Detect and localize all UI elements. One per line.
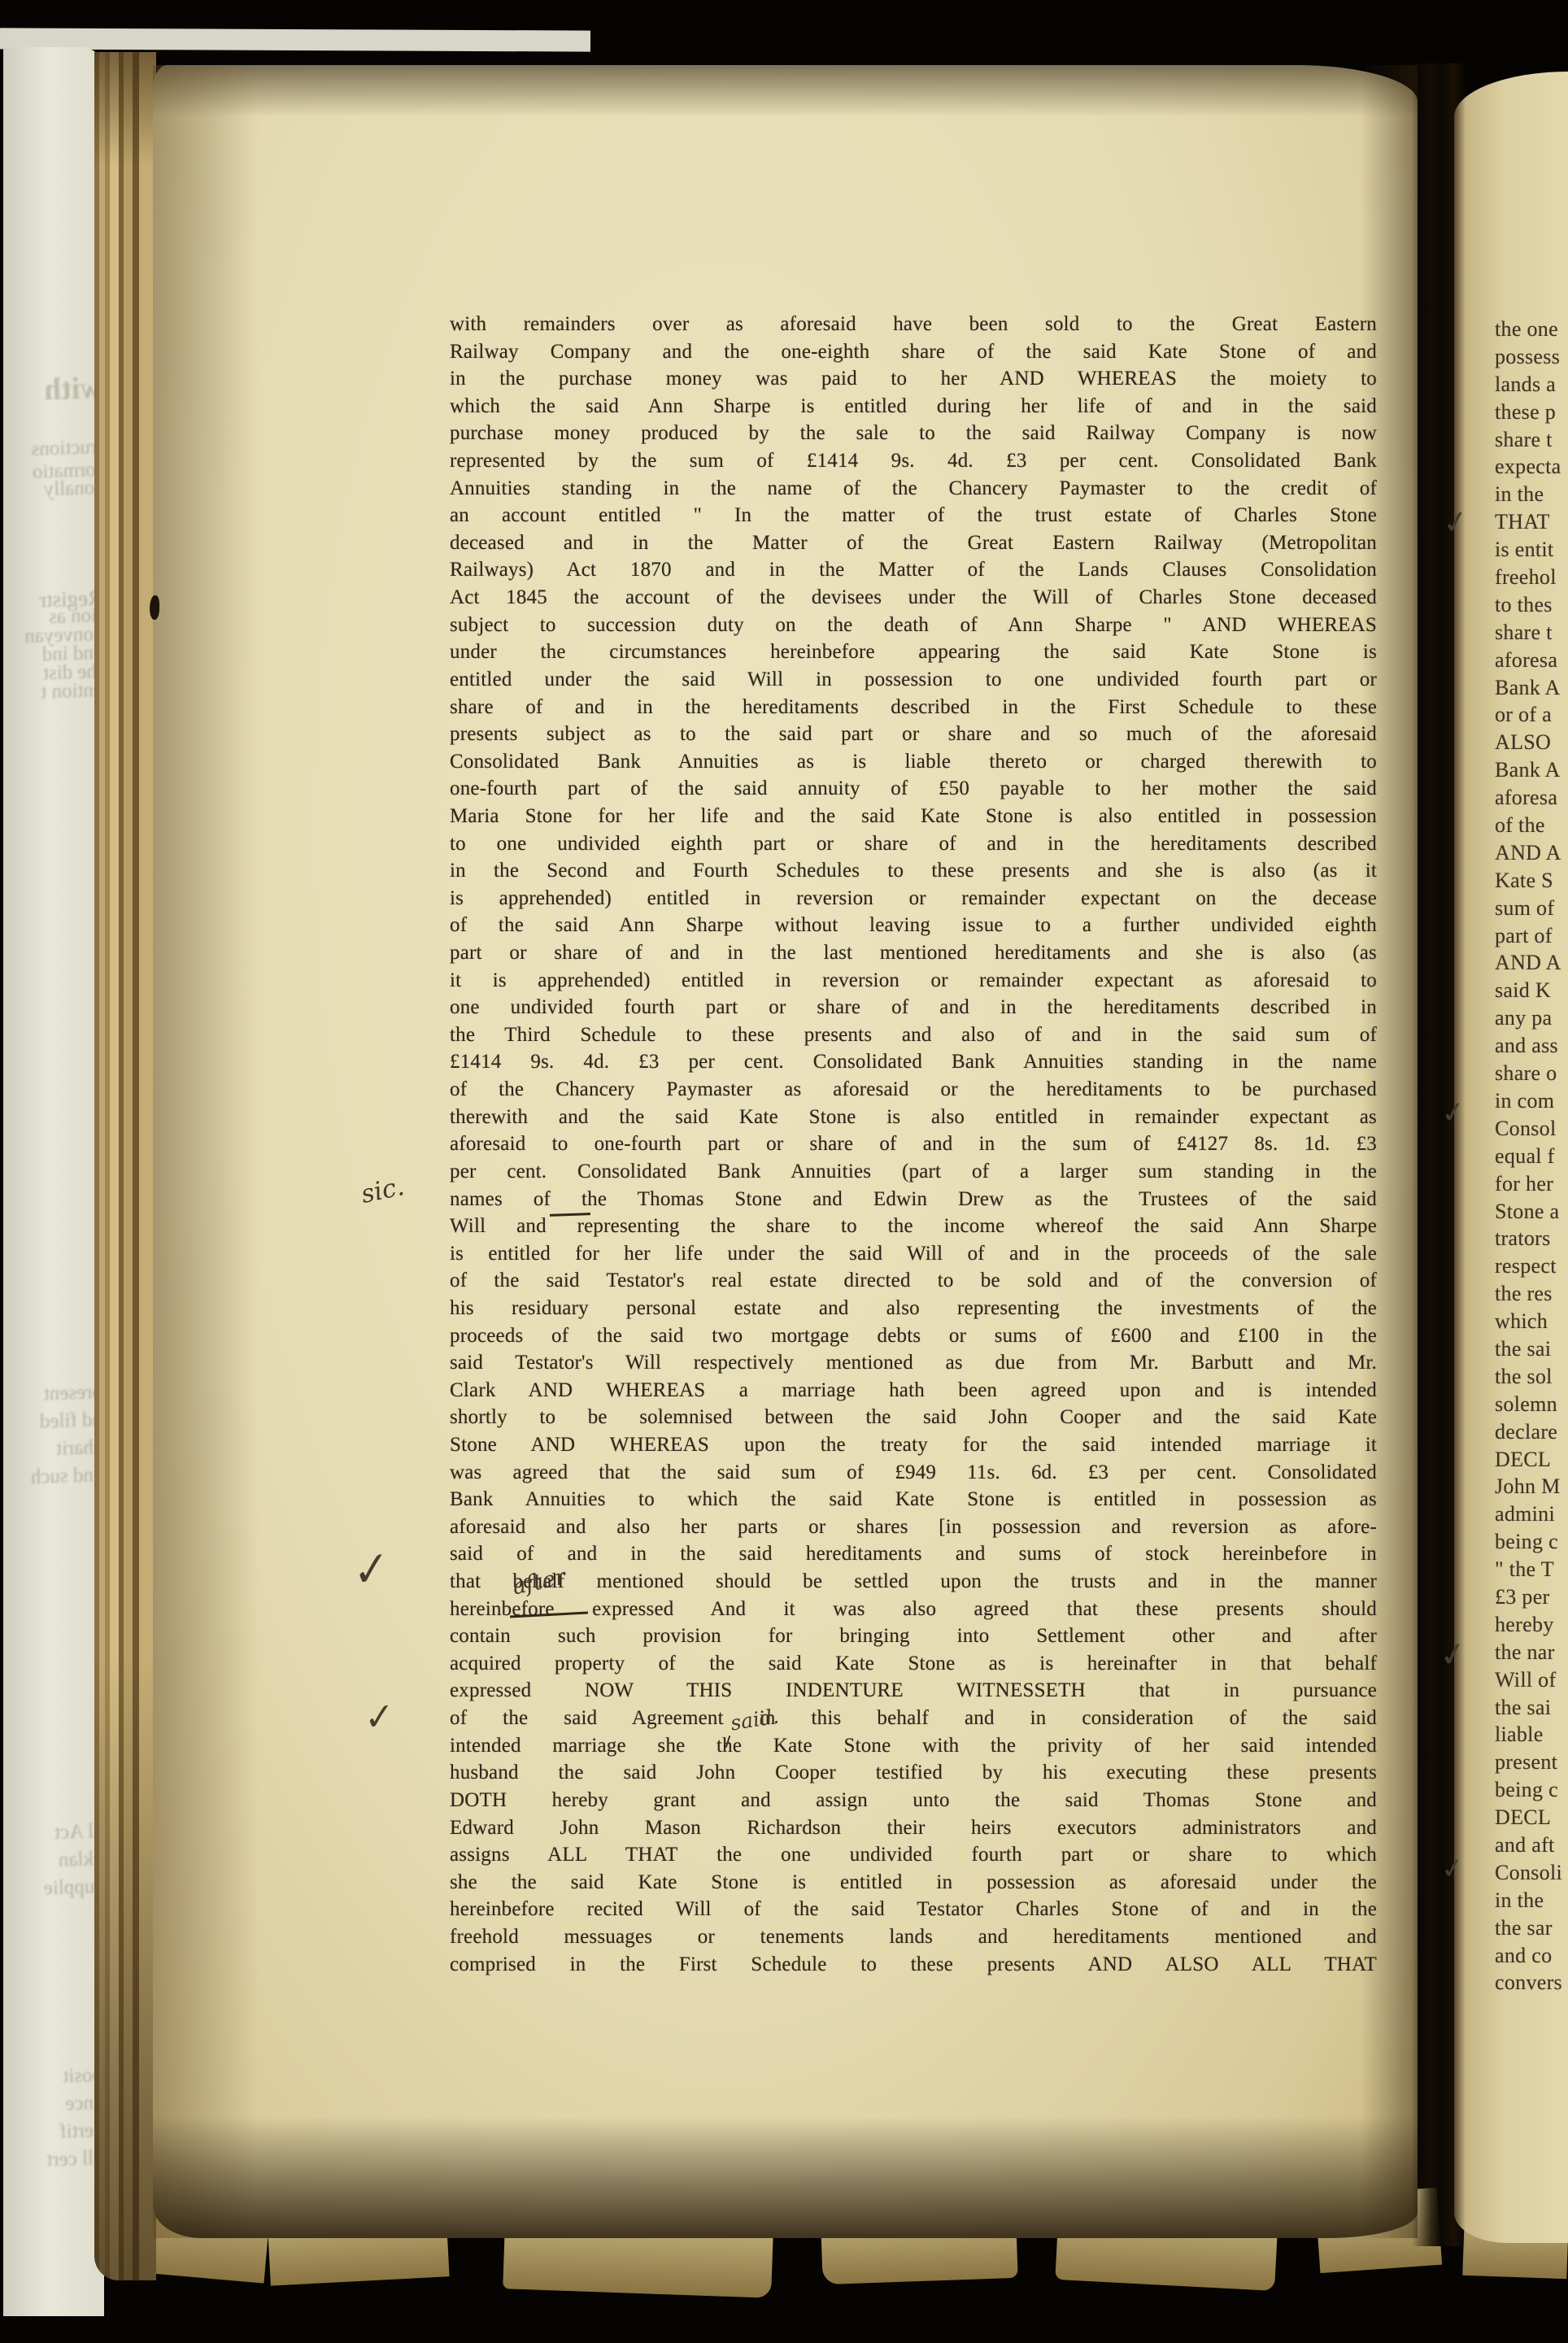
text-line: hereinbefore expressed And it was also a…	[450, 1596, 1377, 1623]
ghost-text-fragment: present	[5, 1381, 103, 1407]
ghost-text-fragment: charit	[5, 1436, 103, 1462]
text-line: it is apprehended) entitled in reversion…	[450, 967, 1377, 995]
ghost-text-fragment: all cert	[5, 2147, 103, 2173]
text-line: of the Chancery Paymaster as aforesaid o…	[450, 1076, 1377, 1104]
text-line: comprised in the First Schedule to these…	[450, 1951, 1377, 1979]
left-page-text: with remainders over as aforesaid have b…	[450, 311, 1377, 1978]
text-line: aforesa	[1495, 784, 1568, 812]
ghost-text-fragment: al Act	[5, 1820, 103, 1846]
text-line: in the	[1495, 1887, 1568, 1914]
text-line: share o	[1495, 1060, 1568, 1087]
text-line: Bank A	[1495, 674, 1568, 702]
text-line: share t	[1495, 426, 1568, 454]
text-line: therewith and the said Kate Stone is als…	[450, 1104, 1377, 1131]
text-line: that behalf mentioned should be settled …	[450, 1568, 1377, 1596]
text-line: Kate S	[1495, 867, 1568, 895]
text-line: any pa	[1495, 1004, 1568, 1032]
ghost-text-fragment: certif	[5, 2119, 103, 2145]
ghost-text-fragment: and such	[5, 1464, 103, 1490]
text-line: liable	[1495, 1721, 1568, 1749]
text-line: expecta	[1495, 453, 1568, 481]
text-line: or of a	[1495, 701, 1568, 729]
text-line: purchase money produced by the sale to t…	[450, 420, 1377, 447]
text-line: part of	[1495, 922, 1568, 950]
right-page-text: the onepossesslands athese pshare texpec…	[1495, 316, 1568, 1997]
text-line: an account entitled " In the matter of t…	[450, 502, 1377, 529]
left-page: with remainders over as aforesaid have b…	[153, 65, 1418, 2238]
text-line: of the said Ann Sharpe without leaving i…	[450, 912, 1377, 939]
text-line: presents subject as to the said part or …	[450, 721, 1377, 748]
text-line: of the said Agreement in this behalf and…	[450, 1705, 1377, 1732]
text-line: with remainders over as aforesaid have b…	[450, 311, 1377, 338]
text-line: share t	[1495, 619, 1568, 647]
text-line: Annuities standing in the name of the Ch…	[450, 475, 1377, 503]
previous-page-edge: withtructionsformatiosonallyRegistrtion …	[3, 47, 104, 2316]
text-line: one undivided fourth part or share of an…	[450, 994, 1377, 1021]
text-line: £3 per	[1495, 1583, 1568, 1611]
text-line: freehold messuages or tenements lands an…	[450, 1923, 1377, 1951]
text-line: aforesa	[1495, 647, 1568, 674]
text-line: the nar	[1495, 1639, 1568, 1666]
text-line: admini	[1495, 1500, 1568, 1528]
text-line: Stone a	[1495, 1198, 1568, 1226]
text-line: AND A	[1495, 949, 1568, 977]
text-line: " the T	[1495, 1556, 1568, 1583]
text-line: one-fourth part of the said annuity of £…	[450, 775, 1377, 803]
right-page: the onepossesslands athese pshare texpec…	[1454, 72, 1568, 2243]
ghost-text-fragment: supplie	[5, 1875, 103, 1901]
text-line: subject to succession duty on the death …	[450, 612, 1377, 639]
text-line: Consoli	[1495, 1859, 1568, 1887]
text-line: Consol	[1495, 1115, 1568, 1143]
text-line: for her	[1495, 1170, 1568, 1198]
text-line: freehol	[1495, 564, 1568, 591]
text-line: his residuary personal estate and also r…	[450, 1295, 1377, 1322]
text-line: which	[1495, 1308, 1568, 1335]
text-line: present	[1495, 1749, 1568, 1776]
text-line: names of the Thomas Stone and Edwin Drew…	[450, 1186, 1377, 1213]
text-line: being c	[1495, 1776, 1568, 1804]
text-line: she the said Kate Stone is entitled in p…	[450, 1869, 1377, 1897]
ghost-text-fragment: with	[4, 370, 102, 409]
text-line: DOTH hereby grant and assign unto the sa…	[450, 1787, 1377, 1814]
text-line: expressed NOW THIS INDENTURE WITNESSETH …	[450, 1677, 1377, 1705]
text-line: is entit	[1495, 536, 1568, 564]
text-line: convers	[1495, 1969, 1568, 1997]
text-line: was agreed that the said sum of £949 11s…	[450, 1459, 1377, 1487]
text-line: Act 1845 the account of the devisees und…	[450, 584, 1377, 612]
text-line: Will of	[1495, 1666, 1568, 1694]
text-line: intended marriage she the Kate Stone wit…	[450, 1732, 1377, 1760]
burnt-top-edge	[153, 65, 1418, 117]
text-line: to thes	[1495, 591, 1568, 619]
text-line: DECL	[1495, 1446, 1568, 1474]
text-line: of the	[1495, 812, 1568, 839]
ghost-text-fragment: sonally	[5, 477, 103, 503]
text-line: and co	[1495, 1942, 1568, 1970]
text-line: and ass	[1495, 1032, 1568, 1060]
text-line: entitled under the said Will in possessi…	[450, 666, 1377, 694]
text-line: lands a	[1495, 371, 1568, 398]
text-line: said of and in the said hereditaments an…	[450, 1540, 1377, 1568]
ghost-text-fragment: ention t	[5, 679, 103, 705]
text-line: Railway Company and the one-eighth share…	[450, 338, 1377, 366]
text-line: trators	[1495, 1225, 1568, 1252]
text-line: in the purchase money was paid to her AN…	[450, 365, 1377, 393]
text-line: Clark AND WHEREAS a marriage hath been a…	[450, 1377, 1377, 1404]
text-line: of the said Testator's real estate direc…	[450, 1267, 1377, 1295]
text-line: share of and in the hereditaments descri…	[450, 694, 1377, 721]
text-line: Bank Annuities to which the said Kate St…	[450, 1486, 1377, 1513]
text-line: solemn	[1495, 1391, 1568, 1418]
text-line: John M	[1495, 1473, 1568, 1500]
text-line: AND A	[1495, 839, 1568, 867]
text-line: shortly to be solemnised between the sai…	[450, 1404, 1377, 1431]
text-line: the one	[1495, 316, 1568, 343]
text-line: ALSO	[1495, 729, 1568, 756]
text-line: DECL	[1495, 1804, 1568, 1831]
text-line: contain such provision for bringing into…	[450, 1622, 1377, 1650]
ghost-text-fragment: posit	[5, 2064, 103, 2090]
text-line: Railways) Act 1870 and in the Matter of …	[450, 556, 1377, 584]
burnt-bottom-edge	[153, 2116, 1418, 2238]
text-line: the sol	[1495, 1363, 1568, 1391]
text-line: part or share of and in the last mention…	[450, 939, 1377, 967]
text-line: these p	[1495, 398, 1568, 426]
text-line: the res	[1495, 1280, 1568, 1308]
text-line: represented by the sum of £1414 9s. 4d. …	[450, 447, 1377, 475]
text-line: aforesaid and also her parts or shares […	[450, 1513, 1377, 1541]
text-line: under the circumstances hereinbefore app…	[450, 638, 1377, 666]
text-line: proceeds of the said two mortgage debts …	[450, 1322, 1377, 1350]
book-scan: withtructionsformatiosonallyRegistrtion …	[0, 0, 1568, 2343]
text-line: in the Second and Fourth Schedules to th…	[450, 857, 1377, 885]
text-line: deceased and in the Matter of the Great …	[450, 529, 1377, 557]
text-line: to one undivided eighth part or share of…	[450, 830, 1377, 858]
text-line: Consolidated Bank Annuities as is liable…	[450, 748, 1377, 776]
text-line: declare	[1495, 1418, 1568, 1446]
text-line: husband the said John Cooper testified b…	[450, 1759, 1377, 1787]
text-line: is apprehended) entitled in reversion or…	[450, 885, 1377, 912]
text-line: £1414 9s. 4d. £3 per cent. Consolidated …	[450, 1048, 1377, 1076]
text-line: hereinbefore recited Will of the said Te…	[450, 1896, 1377, 1923]
text-line: hereby	[1495, 1611, 1568, 1639]
text-line: the sar	[1495, 1914, 1568, 1942]
text-line: Stone AND WHEREAS upon the treaty for th…	[450, 1431, 1377, 1459]
text-line: Maria Stone for her life and the said Ka…	[450, 803, 1377, 830]
text-line: possess	[1495, 343, 1568, 371]
ghost-text-fragment: cklan	[5, 1848, 103, 1874]
text-line: in com	[1495, 1087, 1568, 1115]
text-line: being c	[1495, 1528, 1568, 1556]
text-line: respect	[1495, 1252, 1568, 1280]
text-line: the sai	[1495, 1335, 1568, 1363]
page-edge-stack	[94, 52, 156, 2280]
text-line: and aft	[1495, 1831, 1568, 1859]
text-line: Bank A	[1495, 756, 1568, 784]
text-line: THAT	[1495, 508, 1568, 536]
ghost-text-fragment: tructions	[5, 436, 103, 462]
text-line: aforesaid to one-fourth part or share of…	[450, 1130, 1377, 1158]
binding-shadow	[153, 65, 259, 2238]
text-line: equal f	[1495, 1143, 1568, 1170]
text-line: is entitled for her life under the said …	[450, 1240, 1377, 1268]
text-line: the sai	[1495, 1694, 1568, 1722]
text-line: Edward John Mason Richardson their heirs…	[450, 1814, 1377, 1842]
text-line: said Testator's Will respectively mentio…	[450, 1349, 1377, 1377]
text-line: the Third Schedule to these presents and…	[450, 1021, 1377, 1049]
ghost-text-fragment: nd filed	[5, 1409, 103, 1435]
text-line: said K	[1495, 977, 1568, 1004]
text-line: assigns ALL THAT the one undivided fourt…	[450, 1841, 1377, 1869]
ink-blot	[150, 595, 159, 620]
ghost-text-fragment: ance	[5, 2092, 103, 2118]
text-line: in the	[1495, 481, 1568, 508]
text-line: Will and representing the share to the i…	[450, 1213, 1377, 1240]
text-line: which the said Ann Sharpe is entitled du…	[450, 393, 1377, 420]
text-line: acquired property of the said Kate Stone…	[450, 1650, 1377, 1678]
text-line: sum of	[1495, 895, 1568, 922]
text-line: per cent. Consolidated Bank Annuities (p…	[450, 1158, 1377, 1186]
